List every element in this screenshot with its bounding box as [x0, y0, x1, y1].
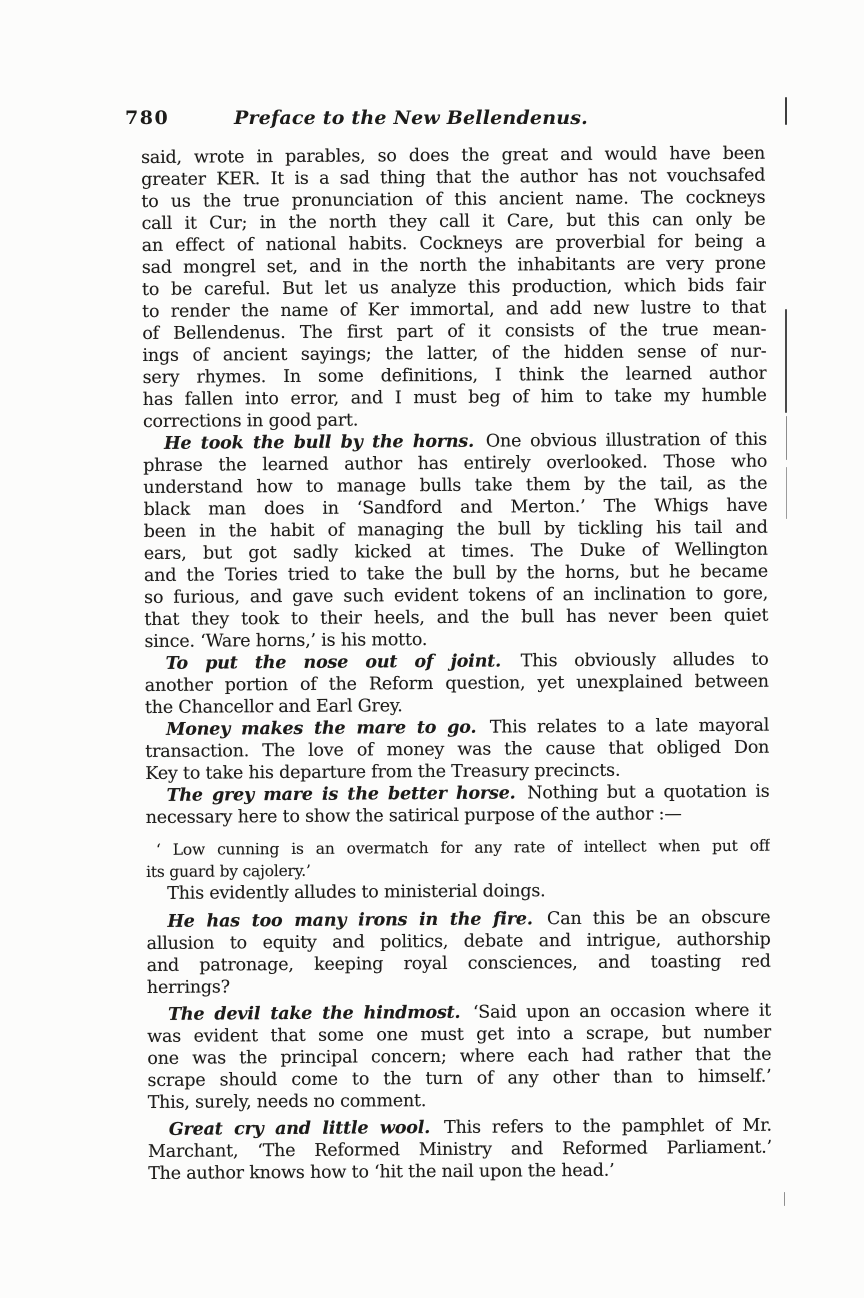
paragraph-nose-out-of-joint: To put the nose out of joint. This obvio…	[145, 649, 769, 719]
paragraph-irons-in-the-fire: He has too many irons in the fire. Can t…	[146, 907, 771, 999]
paragraph-grey-mare-better-horse: The grey mare is the better horse. Nothi…	[145, 781, 769, 829]
book-page: 780 Preface to the New Bellendenus. said…	[0, 0, 864, 1298]
paragraph-continuation: said, wrote in parables, so does the gre…	[141, 143, 767, 433]
text-line: The author knows how to ‘hit the nail up…	[148, 1159, 772, 1185]
paragraph-bull-by-the-horns: He took the bull by the horns. One obvio…	[143, 429, 769, 653]
idiom-lead: Money makes the mare to go.	[166, 718, 479, 740]
idiom-lead: Great cry and little wool.	[169, 1118, 433, 1140]
running-title: Preface to the New Bellendenus.	[99, 107, 723, 129]
scan-artifact-line	[785, 97, 787, 125]
idiom-lead: The devil take the hindmost.	[168, 1003, 463, 1025]
idiom-lead: He has too many irons in the fire.	[167, 909, 535, 932]
text-line: scrape should come to the turn of any ot…	[147, 1066, 771, 1092]
line-text: This refers to the pamphlet of Mr.	[444, 1116, 772, 1138]
line-text: This obviously alludes to	[521, 650, 769, 672]
text-line: This, surely, needs no comment.	[148, 1088, 772, 1114]
idiom-lead: He took the bull by the horns.	[164, 432, 477, 454]
text-line: This evidently alludes to ministerial do…	[146, 879, 770, 905]
text-line: and patronage, keeping royal consciences…	[147, 951, 771, 977]
idiom-lead: The grey mare is the better horse.	[166, 783, 518, 805]
text-line: another portion of the Reform question, …	[145, 671, 769, 697]
line-text: One obvious illustration of this	[486, 430, 767, 452]
text-line: necessary here to show the satirical pur…	[146, 803, 770, 829]
idiom-lead: To put the nose out of joint.	[166, 651, 504, 673]
scan-artifact-line	[786, 416, 787, 460]
page-header: 780 Preface to the New Bellendenus.	[141, 107, 765, 133]
text-line: has fallen into error, and I must beg of…	[143, 385, 767, 411]
scan-artifact-line	[784, 1192, 785, 1206]
paragraph-money-makes-the-mare: Money makes the mare to go. This relates…	[145, 715, 769, 785]
text-line: transaction. The love of money was the c…	[145, 737, 769, 763]
paragraph-ministerial-doings: This evidently alludes to ministerial do…	[146, 879, 770, 905]
text-line: that they took to their heels, and the b…	[144, 605, 768, 631]
paragraph-great-cry-little-wool: Great cry and little wool. This refers t…	[148, 1115, 772, 1185]
scan-artifact-line	[786, 467, 787, 519]
scan-artifact-line	[785, 309, 787, 413]
text-line: Marchant, ‘The Reformed Ministry and Ref…	[148, 1137, 772, 1163]
page-body: said, wrote in parables, so does the gre…	[141, 143, 772, 1185]
text-line: herrings?	[147, 973, 771, 999]
text-line: ‘ Low cunning is an overmatch for any ra…	[146, 835, 770, 861]
paragraph-low-cunning-quotation: ‘ Low cunning is an overmatch for any ra…	[146, 835, 770, 883]
line-text: Nothing but a quotation is	[527, 782, 769, 804]
line-text: Can this be an obscure	[547, 908, 771, 930]
line-text: This relates to a late mayoral	[490, 716, 769, 738]
paragraph-devil-take-hindmost: The devil take the hindmost. ‘Said upon …	[147, 1000, 772, 1114]
line-text: ‘Said upon an occasion where it	[473, 1001, 771, 1023]
